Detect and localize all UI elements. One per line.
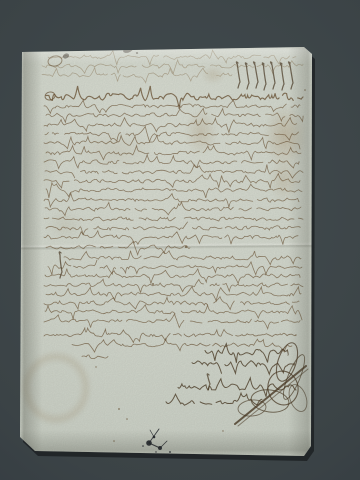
- photo-backdrop: Photograph of an aged single-page handwr…: [0, 0, 360, 480]
- manuscript-paper: [0, 0, 360, 480]
- handwriting-ink-layer: [0, 0, 360, 480]
- paper-grain-texture: [0, 0, 360, 480]
